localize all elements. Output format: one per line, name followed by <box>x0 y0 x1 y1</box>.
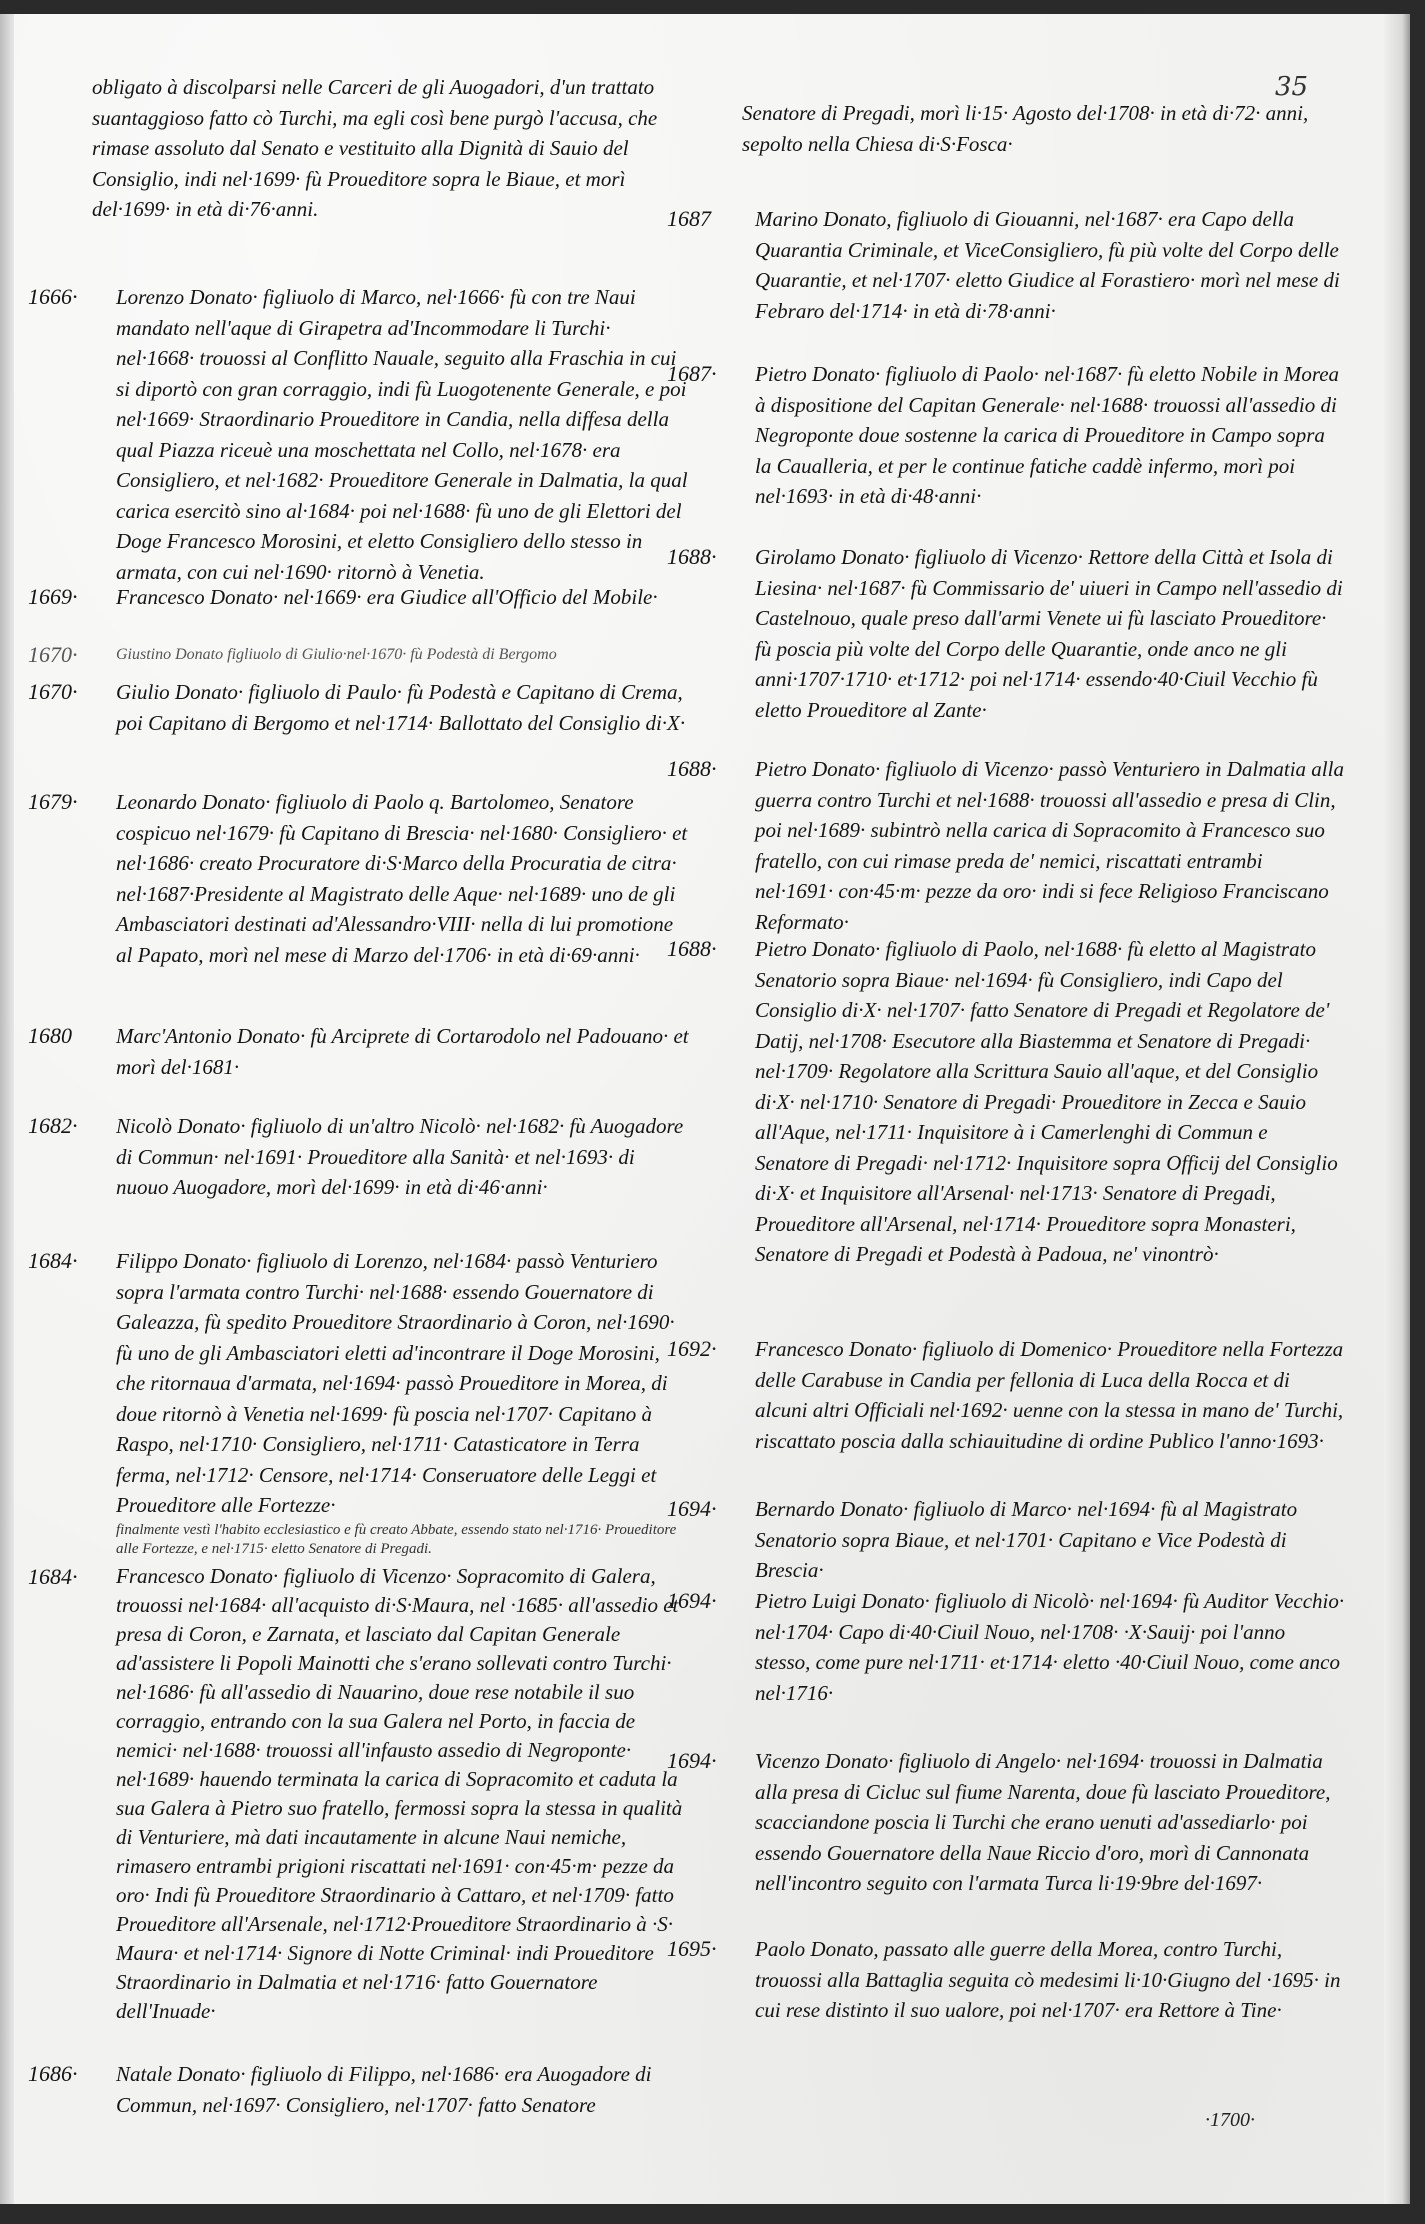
entry-year: 1695· <box>667 1934 751 1965</box>
entry-year: 1694· <box>667 1494 751 1525</box>
entry-year: 1684· <box>28 1562 112 1591</box>
entry-year: 1666· <box>28 282 112 313</box>
entry-marino-donato: 1687 Marino Donato, figliuolo di Giouann… <box>755 204 1345 326</box>
entry-year: 1686· <box>28 2059 112 2090</box>
entry-year: 1680 <box>28 1021 112 1052</box>
entry-leonardo-donato: 1679· Leonardo Donato· figliuolo di Paol… <box>116 787 690 970</box>
entry-pietro-donato-paolo: 1688· Pietro Donato· figliuolo di Paolo,… <box>755 934 1345 1270</box>
entry-girolamo-donato: 1688· Girolamo Donato· figliuolo di Vice… <box>755 542 1345 725</box>
entry-nicolo-donato: 1682· Nicolò Donato· figliuolo di un'alt… <box>116 1111 690 1203</box>
entry-year: 1670· <box>28 677 112 708</box>
entry-text: Nicolò Donato· figliuolo di un'altro Nic… <box>116 1111 690 1203</box>
entry-text: Francesco Donato· figliuolo di Domenico·… <box>755 1334 1345 1456</box>
entry-text: Girolamo Donato· figliuolo di Vicenzo· R… <box>755 542 1345 725</box>
entry-text: Giustino Donato figliuolo di Giulio·nel·… <box>116 644 690 666</box>
entry-year: 1684· <box>28 1246 112 1277</box>
entry-natale-donato: 1686· Natale Donato· figliuolo di Filipp… <box>116 2059 690 2120</box>
entry-year: 1694· <box>667 1586 751 1617</box>
entry-year: 1688· <box>667 934 751 965</box>
entry-text: Filippo Donato· figliuolo di Lorenzo, ne… <box>116 1246 690 1521</box>
entry-lorenzo-donato: 1666· Lorenzo Donato· figliuolo di Marco… <box>116 282 690 587</box>
right-continuation: Senatore di Pregadi, morì li·15· Agosto … <box>742 98 1342 159</box>
entry-francesco-donato-1692: 1692· Francesco Donato· figliuolo di Dom… <box>755 1334 1345 1456</box>
entry-year: 1682· <box>28 1111 112 1142</box>
entry-text: Leonardo Donato· figliuolo di Paolo q. B… <box>116 787 690 970</box>
entry-text: Lorenzo Donato· figliuolo di Marco, nel·… <box>116 282 690 587</box>
entry-addendum: finalmente vestì l'habito ecclesiastico … <box>116 1521 690 1559</box>
entry-text: Francesco Donato· nel·1669· era Giudice … <box>116 582 690 613</box>
entry-pietro-donato-1687: 1687· Pietro Donato· figliuolo di Paolo·… <box>755 359 1345 512</box>
entry-text: Marc'Antonio Donato· fù Arciprete di Cor… <box>116 1021 690 1082</box>
entry-text: Pietro Donato· figliuolo di Paolo, nel·1… <box>755 934 1345 1270</box>
entry-francesco-donato-1669: 1669· Francesco Donato· nel·1669· era Gi… <box>116 582 690 613</box>
entry-bernardo-donato: 1694· Bernardo Donato· figliuolo di Marc… <box>755 1494 1345 1586</box>
entry-year: 1692· <box>667 1334 751 1365</box>
entry-pietro-donato-vicenzo: 1688· Pietro Donato· figliuolo di Vicenz… <box>755 754 1345 937</box>
entry-text: Paolo Donato, passato alle guerre della … <box>755 1934 1345 2026</box>
entry-text: Pietro Donato· figliuolo di Vicenzo· pas… <box>755 754 1345 937</box>
entry-year: 1670· <box>28 644 112 666</box>
entry-year: 1669· <box>28 582 112 613</box>
entry-giustino-donato: 1670· Giustino Donato figliuolo di Giuli… <box>116 644 690 666</box>
entry-year: 1688· <box>667 754 751 785</box>
entry-text: Pietro Donato· figliuolo di Paolo· nel·1… <box>755 359 1345 512</box>
entry-text: Natale Donato· figliuolo di Filippo, nel… <box>116 2059 690 2120</box>
entry-paolo-donato: 1695· Paolo Donato, passato alle guerre … <box>755 1934 1345 2026</box>
page-right-edge <box>1384 14 1410 2204</box>
entry-marcantonio-donato: 1680 Marc'Antonio Donato· fù Arciprete d… <box>116 1021 690 1082</box>
entry-vicenzo-donato: 1694· Vicenzo Donato· figliuolo di Angel… <box>755 1746 1345 1899</box>
entry-text: Bernardo Donato· figliuolo di Marco· nel… <box>755 1494 1345 1586</box>
left-continuation: obligato à discolparsi nelle Carceri de … <box>92 72 690 225</box>
page-binding-edge <box>0 14 14 2204</box>
entry-year: 1679· <box>28 787 112 818</box>
entry-text: Francesco Donato· figliuolo di Vicenzo· … <box>116 1562 690 2026</box>
entry-text: Vicenzo Donato· figliuolo di Angelo· nel… <box>755 1746 1345 1899</box>
entry-text: Marino Donato, figliuolo di Giouanni, ne… <box>755 204 1345 326</box>
entry-year: 1694· <box>667 1746 751 1777</box>
entry-filippo-donato: 1684· Filippo Donato· figliuolo di Loren… <box>116 1246 690 1559</box>
catchword: ·1700· <box>1205 2109 1255 2132</box>
entry-giulio-donato: 1670· Giulio Donato· figliuolo di Paulo·… <box>116 677 690 738</box>
entry-text: Giulio Donato· figliuolo di Paulo· fù Po… <box>116 677 690 738</box>
entry-text: Pietro Luigi Donato· figliuolo di Nicolò… <box>755 1586 1345 1708</box>
entry-year: 1687 <box>667 204 751 235</box>
entry-francesco-donato-1684: 1684· Francesco Donato· figliuolo di Vic… <box>116 1562 690 2026</box>
entry-year: 1687· <box>667 359 751 390</box>
entry-year: 1688· <box>667 542 751 573</box>
entry-pietro-luigi-donato: 1694· Pietro Luigi Donato· figliuolo di … <box>755 1586 1345 1708</box>
manuscript-page: 35 obligato à discolparsi nelle Carceri … <box>0 14 1410 2204</box>
